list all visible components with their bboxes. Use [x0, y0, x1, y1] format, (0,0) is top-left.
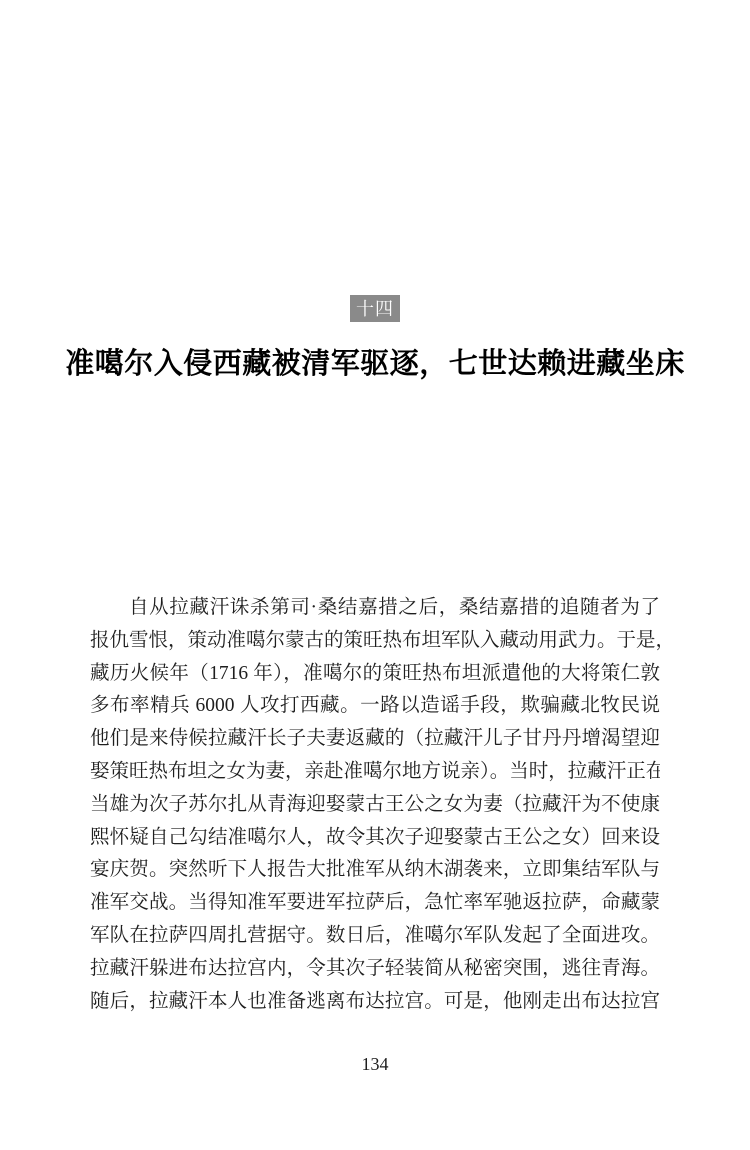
book-page: 十四 准噶尔入侵西藏被清军驱逐，七世达赖进藏坐床 自从拉藏汗诛杀第司·桑结嘉措之… — [0, 0, 750, 1150]
body-line: 多布率精兵 6000 人攻打西藏。一路以造谣手段，欺骗藏北牧民说 — [90, 690, 660, 723]
body-line: 熙怀疑自己勾结准噶尔人，故令其次子迎娶蒙古王公之女）回来设 — [90, 822, 660, 855]
page-number: 134 — [0, 1054, 750, 1075]
body-line: 拉藏汗躲进布达拉宫内，令其次子轻装简从秘密突围，逃往青海。 — [90, 953, 660, 986]
body-paragraph: 自从拉藏汗诛杀第司·桑结嘉措之后，桑结嘉措的追随者为了 报仇雪恨，策动准噶尔蒙古… — [90, 592, 660, 1018]
body-line: 准军交战。当得知准军要进军拉萨后，急忙率军驰返拉萨，命藏蒙 — [90, 887, 660, 920]
body-line: 随后，拉藏汗本人也准备逃离布达拉宫。可是，他刚走出布达拉宫 — [90, 986, 660, 1019]
body-line: 报仇雪恨，策动准噶尔蒙古的策旺热布坦军队入藏动用武力。于是， — [90, 625, 660, 658]
body-line: 藏历火候年（1716 年），准噶尔的策旺热布坦派遣他的大将策仁敦 — [90, 658, 660, 691]
body-line: 娶策旺热布坦之女为妻，亲赴准噶尔地方说亲）。当时，拉藏汗正在 — [90, 756, 660, 789]
chapter-title: 准噶尔入侵西藏被清军驱逐，七世达赖进藏坐床 — [0, 341, 750, 382]
body-line: 军队在拉萨四周扎营据守。数日后，准噶尔军队发起了全面进攻。 — [90, 920, 660, 953]
chapter-number-badge: 十四 — [350, 295, 400, 322]
body-line: 当雄为次子苏尔扎从青海迎娶蒙古王公之女为妻（拉藏汗为不使康 — [90, 789, 660, 822]
body-line: 宴庆贺。突然听下人报告大批准军从纳木湖袭来，立即集结军队与 — [90, 854, 660, 887]
body-line: 自从拉藏汗诛杀第司·桑结嘉措之后，桑结嘉措的追随者为了 — [90, 592, 660, 625]
body-line: 他们是来侍候拉藏汗长子夫妻返藏的（拉藏汗儿子甘丹丹增渴望迎 — [90, 723, 660, 756]
